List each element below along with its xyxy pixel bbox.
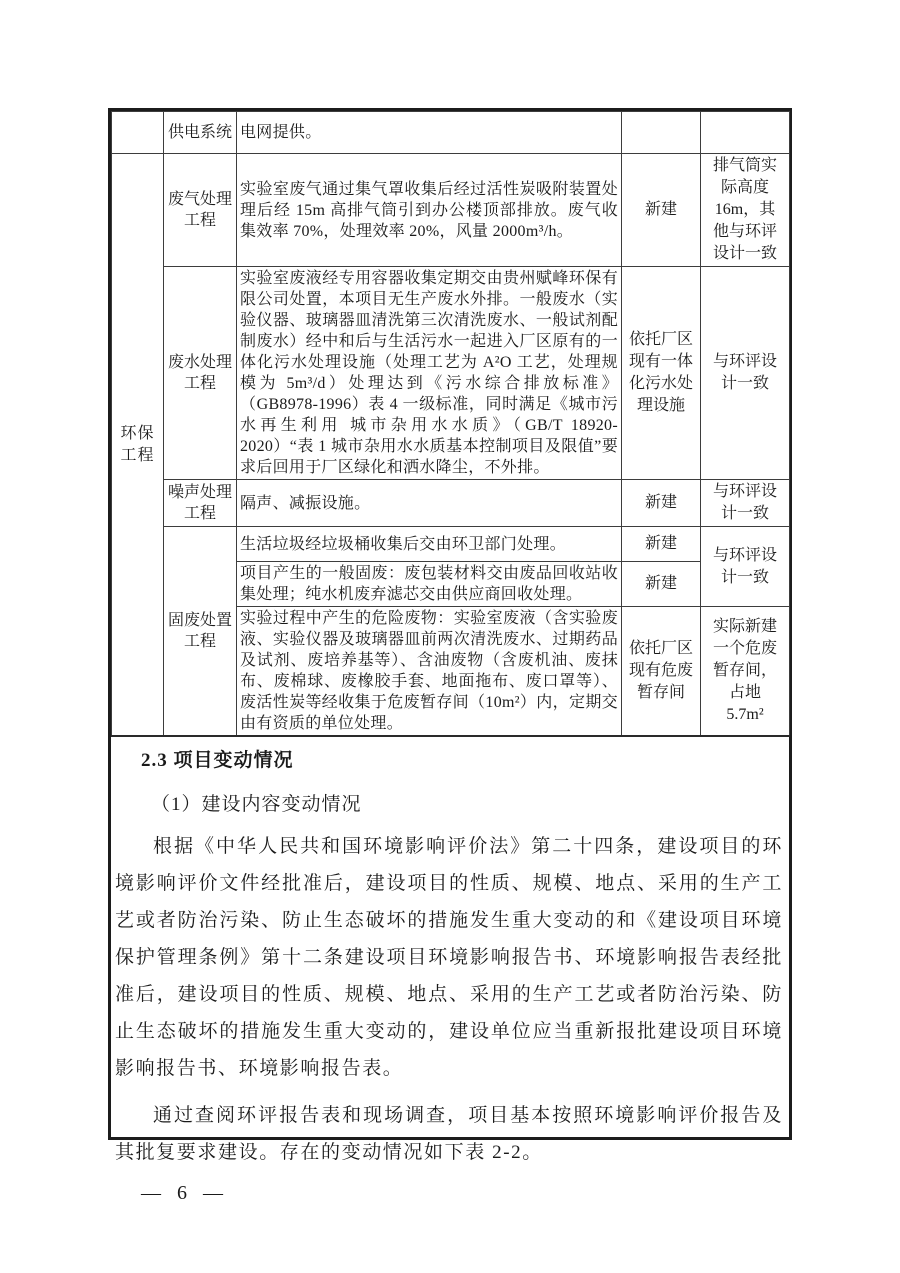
cell-waste-gas-desc: 实验室废气通过集气罩收集后经过活性炭吸附装置处理后经 15m 高排气筒引到办公楼…: [237, 154, 622, 267]
cell-waste-gas-status: 新建: [622, 154, 701, 267]
cell-solid-waste-1-note: 与环评设 计一致: [701, 527, 790, 607]
section-heading: 2.3 项目变动情况: [141, 748, 783, 774]
cell-noise-status: 新建: [622, 480, 701, 527]
table-row: 废水处理工程 实验室废液经专用容器收集定期交由贵州赋峰环保有限公司处置，本项目无…: [112, 267, 790, 480]
cell-power-supply-desc: 电网提供。: [237, 112, 622, 154]
cell-solid-waste-3-status: 依托厂区 现有危废 暂存间: [622, 607, 701, 737]
cell-waste-water-desc: 实验室废液经专用容器收集定期交由贵州赋峰环保有限公司处置，本项目无生产废水外排。…: [237, 267, 622, 480]
cell-prev-category: [112, 112, 164, 154]
paragraph-survey: 通过查阅环评报告表和现场调查，项目基本按照环境影响评价报告及其批复要求建设。存在…: [115, 1097, 783, 1171]
table-row: 环保工程 废气处理工程 实验室废气通过集气罩收集后经过活性炭吸附装置处理后经 1…: [112, 154, 790, 267]
table-row: 固废处置工程 生活垃圾经垃圾桶收集后交由环卫部门处理。 新建 与环评设 计一致: [112, 527, 790, 562]
section-subheading: （1）建设内容变动情况: [151, 792, 783, 818]
cell-waste-gas-label: 废气处理工程: [164, 154, 237, 267]
cell-power-supply-status: [622, 112, 701, 154]
cell-solid-waste-1-status: 新建: [622, 527, 701, 562]
cell-solid-waste-2-desc: 项目产生的一般固废：废包装材料交由废品回收站收集处理；纯水机废弃滤芯交由供应商回…: [237, 562, 622, 607]
footer-dash-right: —: [203, 1182, 224, 1205]
cell-power-supply-note: [701, 112, 790, 154]
section-2-3: 2.3 项目变动情况 （1）建设内容变动情况 根据《中华人民共和国环境影响评价法…: [111, 728, 789, 1171]
cell-noise-label: 噪声处理工程: [164, 480, 237, 527]
cell-waste-water-label: 废水处理工程: [164, 267, 237, 480]
cell-solid-waste-3-note: 实际新建 一个危废 暂存间， 占地 5.7m²: [701, 607, 790, 737]
footer-page-number: 6: [177, 1182, 188, 1205]
paragraph-regulation: 根据《中华人民共和国环境影响评价法》第二十四条，建设项目的环境影响评价文件经批准…: [115, 828, 783, 1087]
cell-waste-gas-note: 排气筒实 际高度 16m，其 他与环评 设计一致: [701, 154, 790, 267]
footer-dash-left: —: [141, 1182, 162, 1205]
cell-solid-waste-3-desc: 实验过程中产生的危险废物：实验室废液（含实验废液、实验仪器及玻璃器皿前两次清洗废…: [237, 607, 622, 737]
cell-solid-waste-label: 固废处置工程: [164, 527, 237, 737]
cell-waste-water-note: 与环评设 计一致: [701, 267, 790, 480]
table-row: 噪声处理工程 隔声、减振设施。 新建 与环评设 计一致: [112, 480, 790, 527]
page-number: — 6 —: [132, 1182, 233, 1205]
cell-category-env-protection: 环保工程: [112, 154, 164, 737]
cell-waste-water-status: 依托厂区 现有一体 化污水处 理设施: [622, 267, 701, 480]
cell-power-supply-label: 供电系统: [164, 112, 237, 154]
project-table: 供电系统 电网提供。 环保工程 废气处理工程 实验室废气通过集气罩收集后经过活性…: [111, 111, 790, 737]
table-row: 供电系统 电网提供。: [112, 112, 790, 154]
cell-solid-waste-1-desc: 生活垃圾经垃圾桶收集后交由环卫部门处理。: [237, 527, 622, 562]
document-frame: 供电系统 电网提供。 环保工程 废气处理工程 实验室废气通过集气罩收集后经过活性…: [108, 108, 792, 1140]
cell-noise-desc: 隔声、减振设施。: [237, 480, 622, 527]
cell-solid-waste-2-status: 新建: [622, 562, 701, 607]
cell-noise-note: 与环评设 计一致: [701, 480, 790, 527]
